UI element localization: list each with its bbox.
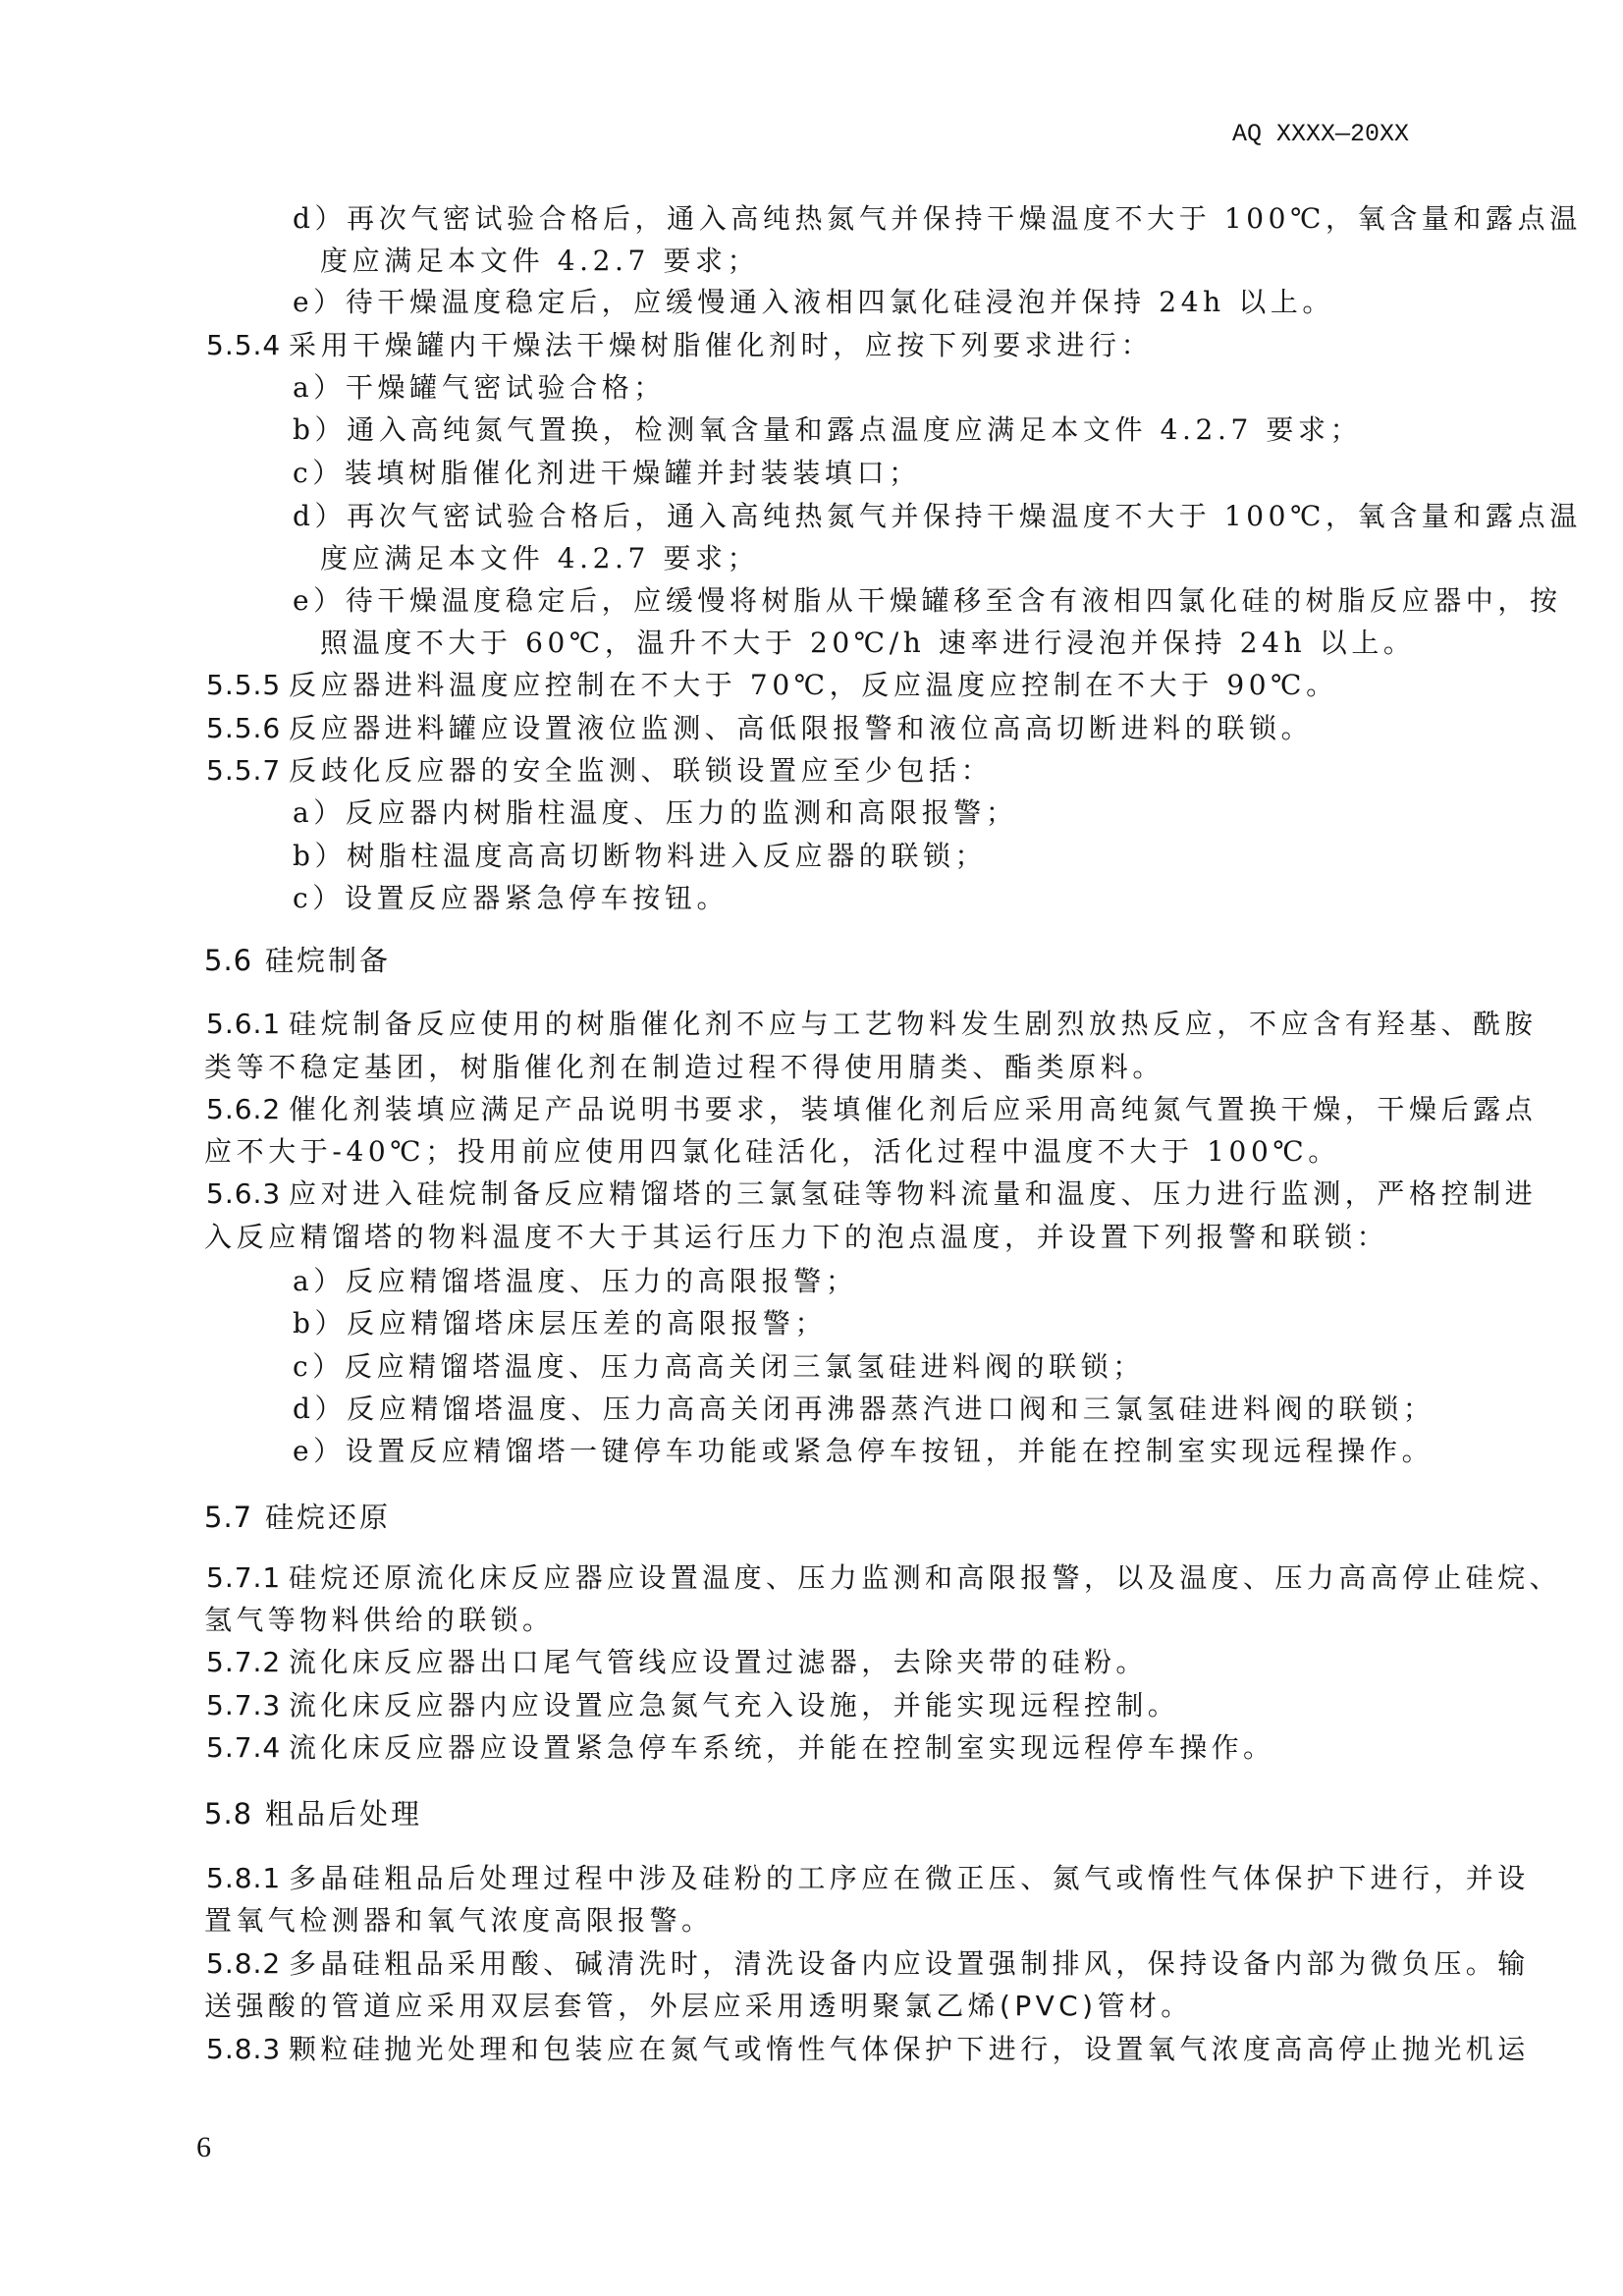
- clause-number: 5.5.6: [206, 711, 289, 746]
- clause-text: 多晶硅粗品采用酸、碱清洗时，清洗设备内应设置强制排风，保持设备内部为微负压。输: [289, 1947, 1530, 1980]
- section-heading-5-8: 5.8粗品后处理: [204, 1796, 422, 1831]
- clause-continuation: 送强酸的管道应采用双层套管，外层应采用透明聚氯乙烯(PVC)管材。: [204, 1989, 1193, 2024]
- clause-number: 5.6.2: [206, 1092, 289, 1127]
- clause-text: 反歧化反应器的安全监测、联锁设置应至少包括：: [289, 754, 993, 787]
- document-code-header: AQ XXXX—20XX: [1232, 120, 1409, 148]
- clause-5-5-6: 5.5.6反应器进料罐应设置液位监测、高低限报警和液位高高切断进料的联锁。: [206, 711, 1313, 746]
- clause-number: 5.6.3: [206, 1176, 289, 1212]
- clause-5-7-3: 5.7.3流化床反应器内应设置应急氮气充入设施，并能实现远程控制。: [206, 1688, 1179, 1723]
- list-item-continuation: 照温度不大于 60℃，温升不大于 20℃/h 速率进行浸泡并保持 24h 以上。: [320, 626, 1416, 661]
- list-item: e）待干燥温度稳定后，应缓慢将树脂从干燥罐移至含有液相四氯化硅的树脂反应器中，按: [293, 583, 1562, 619]
- clause-text: 流化床反应器出口尾气管线应设置过滤器，去除夹带的硅粉。: [289, 1646, 1148, 1678]
- clause-text: 多晶硅粗品后处理过程中涉及硅粉的工序应在微正压、氮气或惰性气体保护下进行，并设: [289, 1862, 1530, 1894]
- clause-text: 应对进入硅烷制备反应精馏塔的三氯氢硅等物料流量和温度、压力进行监测，严格控制进: [289, 1177, 1537, 1210]
- clause-5-6-1: 5.6.1硅烷制备反应使用的树脂催化剂不应与工艺物料发生剧烈放热反应，不应含有羟…: [206, 1007, 1537, 1042]
- clause-text: 颗粒硅抛光处理和包装应在氮气或惰性气体保护下进行，设置氧气浓度高高停止抛光机运: [289, 2033, 1530, 2065]
- clause-5-8-2: 5.8.2多晶硅粗品采用酸、碱清洗时，清洗设备内应设置强制排风，保持设备内部为微…: [206, 1946, 1530, 1982]
- section-heading-5-7: 5.7硅烷还原: [204, 1500, 391, 1535]
- section-number: 5.8: [204, 1796, 265, 1831]
- clause-continuation: 置氧气检测器和氧气浓度高限报警。: [204, 1903, 713, 1939]
- section-title: 硅烷还原: [265, 1501, 391, 1534]
- section-heading-5-6: 5.6硅烷制备: [204, 943, 391, 978]
- clause-number: 5.5.4: [206, 328, 289, 363]
- clause-number: 5.5.7: [206, 753, 289, 789]
- clause-number: 5.7.4: [206, 1730, 289, 1766]
- clause-text: 硅烷还原流化床反应器应设置温度、压力监测和高限报警，以及温度、压力高高停止硅烷、: [289, 1561, 1561, 1594]
- list-item: b）通入高纯氮气置换，检测氧含量和露点温度应满足本文件 4.2.7 要求；: [293, 412, 1362, 448]
- clause-5-8-1: 5.8.1多晶硅粗品后处理过程中涉及硅粉的工序应在微正压、氮气或惰性气体保护下进…: [206, 1861, 1530, 1896]
- clause-5-8-3: 5.8.3颗粒硅抛光处理和包装应在氮气或惰性气体保护下进行，设置氧气浓度高高停止…: [206, 2032, 1530, 2067]
- clause-5-5-7: 5.5.7反歧化反应器的安全监测、联锁设置应至少包括：: [206, 753, 993, 789]
- clause-text: 流化床反应器应设置紧急停车系统，并能在控制室实现远程停车操作。: [289, 1731, 1274, 1764]
- clause-continuation: 氢气等物料供给的联锁。: [204, 1603, 554, 1638]
- list-item: d）再次气密试验合格后，通入高纯热氮气并保持干燥温度不大于 100℃，氧含量和露…: [293, 499, 1582, 534]
- clause-continuation: 入反应精馏塔的物料温度不大于其运行压力下的泡点温度，并设置下列报警和联锁：: [204, 1220, 1388, 1255]
- clause-continuation: 应不大于-40℃；投用前应使用四氯化硅活化，活化过程中温度不大于 100℃。: [204, 1134, 1340, 1170]
- clause-number: 5.8.1: [206, 1861, 289, 1896]
- clause-continuation: 类等不稳定基团，树脂催化剂在制造过程不得使用腈类、酯类原料。: [204, 1050, 1164, 1085]
- clause-text: 催化剂装填应满足产品说明书要求，装填催化剂后应采用高纯氮气置换干燥，干燥后露点: [289, 1093, 1537, 1125]
- clause-number: 5.6.1: [206, 1007, 289, 1042]
- list-item: c）设置反应器紧急停车按钮。: [293, 881, 729, 916]
- clause-text: 采用干燥罐内干燥法干燥树脂催化剂时，应按下列要求进行：: [289, 329, 1153, 361]
- clause-5-5-5: 5.5.5反应器进料温度应控制在不大于 70℃，反应温度应控制在不大于 90℃。: [206, 668, 1338, 703]
- clause-5-7-1: 5.7.1硅烷还原流化床反应器应设置温度、压力监测和高限报警，以及温度、压力高高…: [206, 1560, 1561, 1596]
- clause-number: 5.7.2: [206, 1645, 289, 1680]
- clause-text: 流化床反应器内应设置应急氮气充入设施，并能实现远程控制。: [289, 1689, 1179, 1722]
- list-item: c）装填树脂催化剂进干燥罐并封装装填口；: [293, 456, 921, 491]
- clause-5-6-2: 5.6.2催化剂装填应满足产品说明书要求，装填催化剂后应采用高纯氮气置换干燥，干…: [206, 1092, 1537, 1127]
- list-item: d）再次气密试验合格后，通入高纯热氮气并保持干燥温度不大于 100℃，氧含量和露…: [293, 201, 1582, 237]
- list-item: b）反应精馏塔床层压差的高限报警；: [293, 1306, 827, 1341]
- list-item: b）树脂柱温度高高切断物料进入反应器的联锁；: [293, 839, 987, 874]
- clause-number: 5.5.5: [206, 668, 289, 703]
- clause-number: 5.8.2: [206, 1946, 289, 1982]
- list-item-continuation: 度应满足本文件 4.2.7 要求；: [320, 244, 759, 279]
- list-item: d）反应精馏塔温度、压力高高关闭再沸器蒸汽进口阀和三氯氢硅进料阀的联锁；: [293, 1392, 1435, 1427]
- section-number: 5.6: [204, 943, 265, 978]
- clause-number: 5.8.3: [206, 2032, 289, 2067]
- list-item: e）待干燥温度稳定后，应缓慢通入液相四氯化硅浸泡并保持 24h 以上。: [293, 285, 1334, 320]
- list-item: e）设置反应精馏塔一键停车功能或紧急停车按钮，并能在控制室实现远程操作。: [293, 1434, 1434, 1469]
- clause-number: 5.7.1: [206, 1560, 289, 1596]
- clause-number: 5.7.3: [206, 1688, 289, 1723]
- clause-5-6-3: 5.6.3应对进入硅烷制备反应精馏塔的三氯氢硅等物料流量和温度、压力进行监测，严…: [206, 1176, 1537, 1212]
- page-number: 6: [196, 2131, 211, 2164]
- list-item: a）反应精馏塔温度、压力的高限报警；: [293, 1264, 858, 1299]
- clause-text: 反应器进料温度应控制在不大于 70℃，反应温度应控制在不大于 90℃。: [289, 669, 1338, 701]
- list-item: a）干燥罐气密试验合格；: [293, 370, 666, 406]
- section-number: 5.7: [204, 1500, 265, 1535]
- list-item: a）反应器内树脂柱温度、压力的监测和高限报警；: [293, 795, 1018, 831]
- list-item: c）反应精馏塔温度、压力高高关闭三氯氢硅进料阀的联锁；: [293, 1349, 1145, 1385]
- clause-5-7-2: 5.7.2流化床反应器出口尾气管线应设置过滤器，去除夹带的硅粉。: [206, 1645, 1148, 1680]
- clause-text: 反应器进料罐应设置液位监测、高低限报警和液位高高切断进料的联锁。: [289, 712, 1313, 744]
- section-title: 硅烷制备: [265, 944, 391, 977]
- section-title: 粗品后处理: [265, 1797, 422, 1831]
- clause-text: 硅烷制备反应使用的树脂催化剂不应与工艺物料发生剧烈放热反应，不应含有羟基、酰胺: [289, 1008, 1537, 1040]
- list-item-continuation: 度应满足本文件 4.2.7 要求；: [320, 541, 759, 576]
- clause-5-5-4: 5.5.4采用干燥罐内干燥法干燥树脂催化剂时，应按下列要求进行：: [206, 328, 1153, 363]
- document-page: AQ XXXX—20XX d）再次气密试验合格后，通入高纯热氮气并保持干燥温度不…: [0, 0, 1623, 2296]
- clause-5-7-4: 5.7.4流化床反应器应设置紧急停车系统，并能在控制室实现远程停车操作。: [206, 1730, 1274, 1766]
